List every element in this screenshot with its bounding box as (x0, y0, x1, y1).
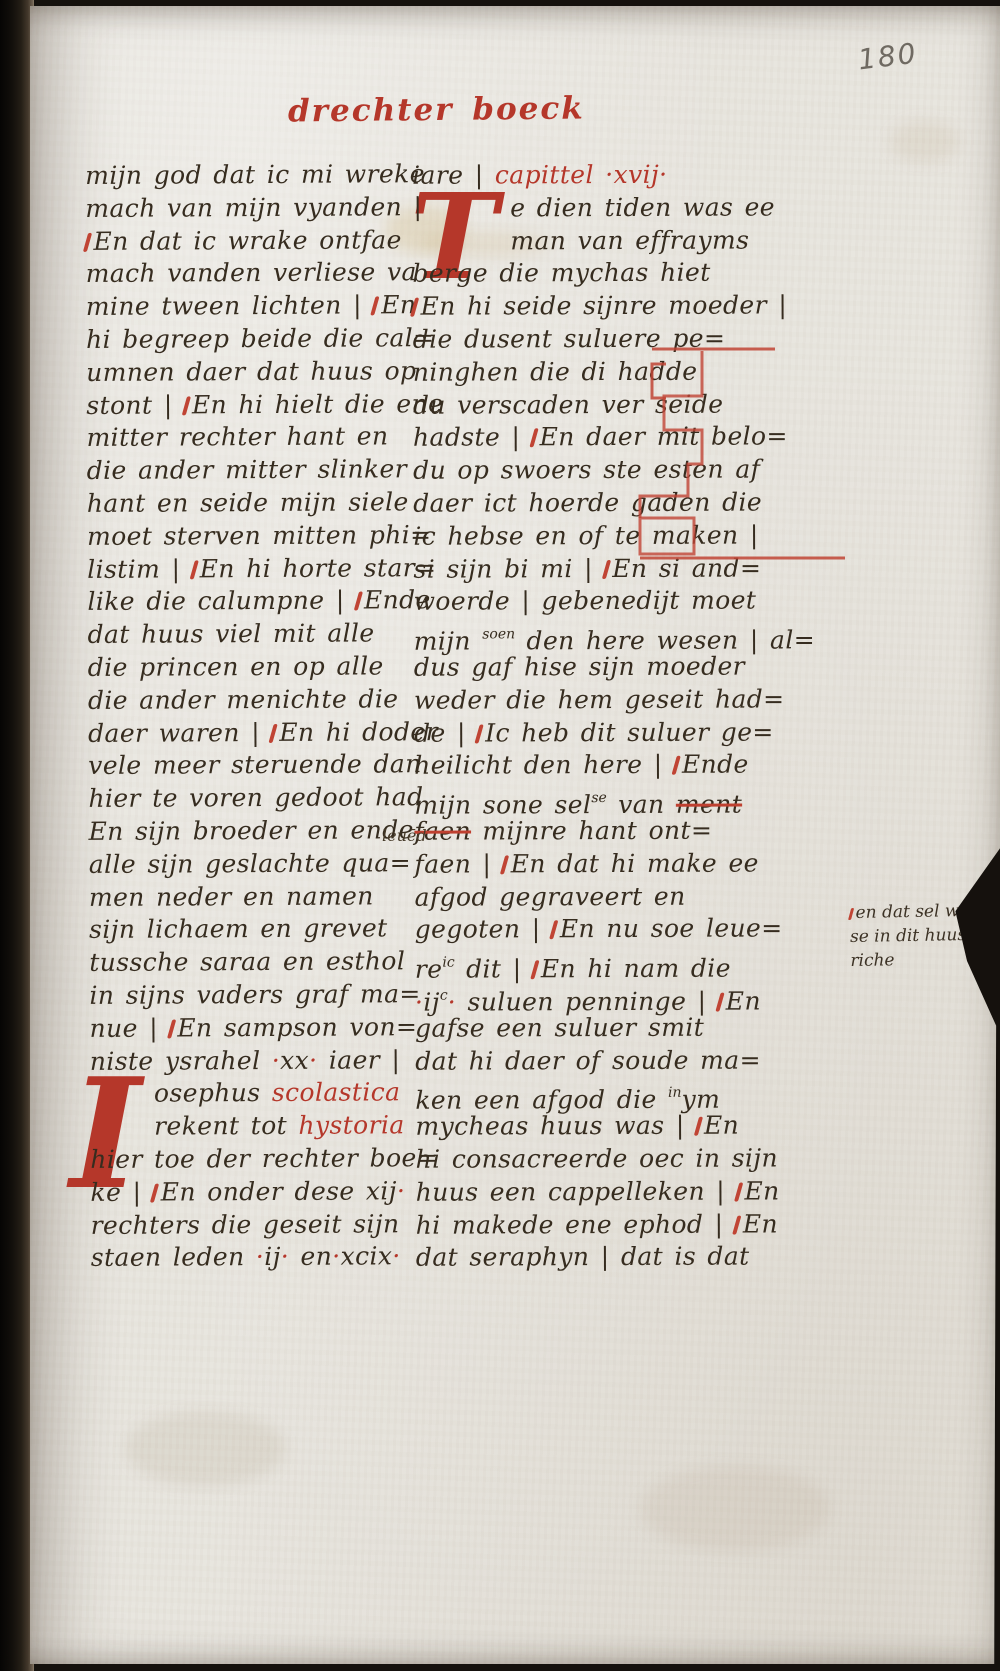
text-segment: ic (442, 955, 454, 971)
text-line: like die calumpne | Ende (87, 584, 444, 619)
text-segment: weder die hem geseit had= (414, 684, 785, 714)
text-line: rechters die geseit sijn (91, 1208, 448, 1243)
text-segment: mijnre hant ont= (471, 816, 712, 846)
text-segment: en (289, 1242, 332, 1271)
text-segment: hier te voren gedoot had (88, 782, 423, 813)
text-segment: moet sterven mitten phi= (87, 520, 432, 551)
text-segment: daer mit belo= (575, 422, 788, 452)
text-segment: mycheas huus was | (415, 1111, 696, 1141)
text-segment: daer ict hoerde gaden die (413, 487, 762, 517)
text-line: riche (850, 947, 970, 973)
parchment-stain (125, 1411, 285, 1486)
text-segment: men neder en namen (89, 881, 374, 911)
text-segment: En (735, 1209, 778, 1238)
text-segment: hier toe der rechter boe= (90, 1143, 438, 1174)
text-segment: tussche saraa en esthol (89, 946, 405, 977)
text-segment: En (736, 1176, 779, 1205)
text-segment: hi horte star= (235, 553, 437, 583)
text-segment: c (440, 988, 448, 1004)
text-segment: ij (264, 1242, 281, 1271)
text-line: umnen daer dat huus op (86, 355, 443, 390)
text-segment: En (153, 1177, 196, 1206)
text-segment: dat ic wrake ontfae (129, 225, 402, 255)
text-line: hi begreep beide die cal= (86, 322, 443, 357)
text-segment: se in dit huus (850, 925, 966, 947)
text-segment: si and= (647, 553, 761, 582)
text-segment: vele meer steruende dan (88, 750, 422, 781)
text-line: daer ict hoerde gaden die (413, 486, 814, 520)
text-line: alle sijn geslachte qua= (89, 847, 446, 882)
parchment-stain (640, 1466, 830, 1551)
text-line: heilicht den here | Ende (414, 749, 815, 783)
text-segment: sijn lichaem en grevet (89, 914, 388, 945)
text-line: woerde | gebenedijt moet (414, 585, 815, 619)
text-line: hier toe der rechter boe= (90, 1142, 447, 1177)
text-line: dat huus viel mit alle (87, 617, 444, 652)
text-segment: mine tween lichten | (86, 291, 374, 322)
text-segment: En (532, 423, 575, 452)
left-text-column: mijn god dat ic mi wrekemach van mijn vy… (85, 158, 448, 1275)
text-line: mijn soen den here wesen | al= (414, 617, 815, 651)
text-segment: like die calumpne | (87, 586, 356, 616)
text-segment: berge die mychas hiet (412, 258, 710, 288)
text-segment: of (578, 521, 603, 550)
text-segment: iare | (412, 160, 484, 189)
text-line: berge die mychas hiet (412, 257, 813, 291)
margin-note: en dat sel wese in dit huusriche (849, 899, 970, 973)
text-segment: du op swoers ste esten af (413, 455, 760, 485)
text-segment: faen | (414, 849, 502, 878)
text-segment: si sijn bi mi | (413, 554, 604, 584)
text-line: ic hebse en of te maken | (413, 519, 814, 553)
text-segment: xx (280, 1045, 309, 1074)
text-segment: nue | (90, 1013, 170, 1042)
text-segment: ninghen die (413, 357, 582, 387)
text-segment: gegoten | (415, 915, 552, 944)
text-segment: osephus (154, 1078, 272, 1108)
text-line: ninghen die di hadde (413, 355, 814, 389)
parchment-stain (890, 121, 960, 163)
text-segment: di hadde (581, 356, 697, 385)
folio-number: 180 (856, 37, 919, 77)
right-text-column: iare | capittel ·xvij·e dien tiden was e… (412, 158, 817, 1274)
text-segment: die dusent suluere pe= (413, 324, 726, 354)
text-segment: heb dit suluer ge= (510, 717, 774, 747)
text-segment: dat hi daer of soude ma= (415, 1045, 761, 1075)
text-line: dat hi daer of soude ma= (415, 1044, 816, 1078)
text-segment: nu soe leue= (595, 914, 783, 944)
text-segment: in (668, 1085, 682, 1101)
text-line: die ander mitter slinker (87, 453, 444, 488)
text-segment: die ander menichte die (88, 684, 399, 715)
text-segment: rechters die geseit sijn (91, 1209, 400, 1240)
text-segment: · (392, 1242, 401, 1271)
text-segment: hi seide sijnre moeder | (456, 291, 788, 321)
text-segment: niste ysrahel (90, 1045, 272, 1075)
text-line: ·ijc· suluen penninge | En (415, 978, 816, 1012)
text-line: men neder en namen (89, 880, 446, 915)
text-line: in sijns vaders graf ma= (89, 978, 446, 1013)
text-segment: En (184, 390, 227, 419)
text-segment: En (192, 554, 235, 583)
text-segment: hant en seide mijn siele (87, 487, 409, 518)
text-line: tussche saraa en esthol (89, 945, 446, 980)
text-segment: En (85, 226, 128, 255)
text-segment: heilicht den here | (414, 750, 674, 780)
text-segment: alle sijn geslachte qua= (89, 848, 411, 879)
text-line: hi makede ene ephod | En (416, 1208, 817, 1242)
text-segment: En (718, 986, 761, 1015)
text-segment: Ende (674, 750, 749, 779)
text-line: hi consacreerde oec in sijn (415, 1142, 816, 1176)
text-segment: gafse een suluer smit (415, 1012, 704, 1042)
text-line: en dat sel we (849, 899, 969, 925)
text-line: mijn god dat ic mi wreke (85, 158, 442, 193)
text-line: stont | En hi hielt die ene (86, 388, 443, 423)
text-segment: xcix (341, 1242, 393, 1271)
text-line: mach van mijn vyanden | (85, 191, 442, 226)
text-line: rekent tot hystoria (154, 1109, 447, 1143)
text-segment: mach vanden verliese va (86, 258, 417, 289)
text-line: faen | En dat hi make ee (414, 847, 815, 881)
text-segment: En (552, 914, 595, 943)
text-segment: Ic (477, 718, 510, 747)
text-line: se in dit huus (850, 923, 970, 949)
text-line: En hi seide sijnre moeder | (413, 289, 814, 323)
text-line: si sijn bi mi | En si and= (413, 552, 814, 586)
text-segment: hi begreep beide die cal= (86, 323, 435, 354)
text-segment: ic hebse en (413, 521, 578, 551)
text-line: man van effrayms (510, 224, 813, 258)
text-segment: ke | (90, 1177, 152, 1206)
text-segment: mijn god dat ic mi wreke (85, 159, 425, 190)
book-spine (0, 0, 34, 1671)
text-line: daer waren | En hi doder (88, 716, 445, 751)
text-segment: die ander mitter slinker (87, 454, 408, 485)
text-line: mine tween lichten | En (86, 289, 443, 324)
text-segment: staen leden (91, 1242, 256, 1272)
text-segment: En (696, 1111, 739, 1140)
text-segment: · (309, 1045, 318, 1074)
text-segment: · (397, 1176, 406, 1205)
text-line: vele meer steruende dan (88, 748, 445, 783)
text-segment: e dien tiden was ee (510, 192, 775, 222)
text-segment: huus een cappelleken | (416, 1176, 737, 1206)
text-line: mitter rechter hant en (86, 420, 443, 455)
text-line: mijn sone selse van ment (414, 781, 815, 815)
text-line: die princen en op alle (88, 650, 445, 685)
text-segment: du verscaden ver seide (413, 389, 724, 419)
text-segment: mitter rechter hant en (86, 422, 388, 453)
text-line: weder die hem geseit had= (414, 683, 815, 717)
text-segment: dat seraphyn | dat is dat (416, 1242, 750, 1272)
text-segment: scolastica (272, 1078, 401, 1108)
text-segment: hi consacreerde oec in sijn (415, 1143, 778, 1173)
text-segment: sampson von= (212, 1012, 417, 1042)
text-segment: soen (482, 627, 515, 643)
interlinear-word: leuēd (382, 826, 427, 845)
text-segment: daer waren | (88, 718, 271, 748)
text-line: die dusent suluere pe= (413, 322, 814, 356)
text-segment: dus gaf hise sijn moeder (414, 651, 745, 681)
text-segment: de | (414, 718, 477, 747)
text-line: huus een cappelleken | En (416, 1175, 817, 1209)
text-line: hadste | En daer mit belo= (413, 421, 814, 455)
text-line: mach vanden verliese va (86, 256, 443, 291)
text-line: faen mijnre hant ont= (414, 814, 815, 848)
text-line: moet sterven mitten phi= (87, 519, 444, 554)
text-segment: hi hielt die ene (227, 389, 443, 419)
text-line: En dat ic wrake ontfae (85, 224, 442, 259)
text-line: reic dit | En hi nam die (415, 945, 816, 979)
text-line: du verscaden ver seide (413, 388, 814, 422)
text-segment: · (332, 1242, 341, 1271)
text-segment: te maken | (603, 520, 758, 550)
text-segment: hi makede ene ephod | (416, 1209, 735, 1239)
text-segment: dat huus viel mit alle (87, 619, 374, 650)
text-line: sijn lichaem en grevet (89, 912, 446, 947)
text-segment: En (604, 553, 647, 582)
text-line: nue | En sampson von= (90, 1011, 447, 1046)
text-segment: afgod gegraveert en (415, 881, 686, 911)
text-line: afgod gegraveert en (415, 880, 816, 914)
text-line: ken een afgod die inym (415, 1077, 816, 1111)
text-line: mycheas huus was | En (415, 1109, 816, 1143)
text-segment: En (413, 292, 456, 321)
text-segment: dat hi make ee (546, 848, 759, 878)
text-line: gegoten | En nu soe leue= (415, 913, 816, 947)
text-segment: in sijns vaders graf ma= (89, 979, 420, 1010)
text-line: de | Ic heb dit suluer ge= (414, 716, 815, 750)
text-line: hier te voren gedoot had (88, 781, 445, 816)
text-segment: rekent tot (154, 1111, 298, 1141)
text-segment: capittel ·xvij· (483, 160, 667, 190)
text-line: dus gaf hise sijn moeder (414, 650, 815, 684)
text-segment: stont | (86, 390, 184, 420)
text-segment: mach van mijn vyanden | (85, 192, 422, 223)
text-segment: En sijn broeder en ende (89, 815, 414, 846)
text-segment: riche (850, 950, 894, 971)
text-segment: onder dese xij (196, 1176, 397, 1206)
text-segment: listim | (87, 554, 192, 584)
photo-background: { "page": { "number": "180", "running_ti… (0, 0, 1000, 1671)
text-segment: hadste | (413, 423, 532, 452)
text-segment: die princen en op alle (88, 651, 384, 682)
text-segment: umnen daer dat huus op (86, 356, 416, 387)
text-segment: En (169, 1013, 212, 1042)
text-segment: iaer | (317, 1045, 400, 1074)
text-line: listim | En hi horte star= (87, 552, 444, 587)
text-line: die ander menichte die (88, 683, 445, 718)
text-line: osephus scolastica (154, 1076, 447, 1110)
text-segment: En (503, 849, 546, 878)
text-segment: En (271, 717, 314, 746)
text-line: hant en seide mijn siele (87, 486, 444, 521)
text-segment: man van effrayms (510, 225, 749, 255)
text-line: du op swoers ste esten af (413, 453, 814, 487)
text-segment: se (591, 790, 607, 806)
text-line: ke | En onder dese xij· (90, 1175, 447, 1210)
text-segment: hystoria (298, 1110, 404, 1140)
text-line: staen leden ·ij· en·xcix· (91, 1240, 448, 1275)
text-line: iare | capittel ·xvij· (412, 158, 813, 192)
text-segment: en dat sel we (855, 901, 969, 923)
text-line: e dien tiden was ee (510, 191, 813, 225)
text-segment: woerde | gebenedijt moet (414, 586, 757, 616)
manuscript-page: 180 drechter boeck T I mijn god dat ic m… (30, 6, 1000, 1664)
text-line: gafse een suluer smit (415, 1011, 816, 1045)
text-line: niste ysrahel ·xx· iaer | (90, 1044, 447, 1079)
text-line: dat seraphyn | dat is dat (416, 1241, 817, 1275)
running-title: drechter boeck (288, 90, 585, 129)
